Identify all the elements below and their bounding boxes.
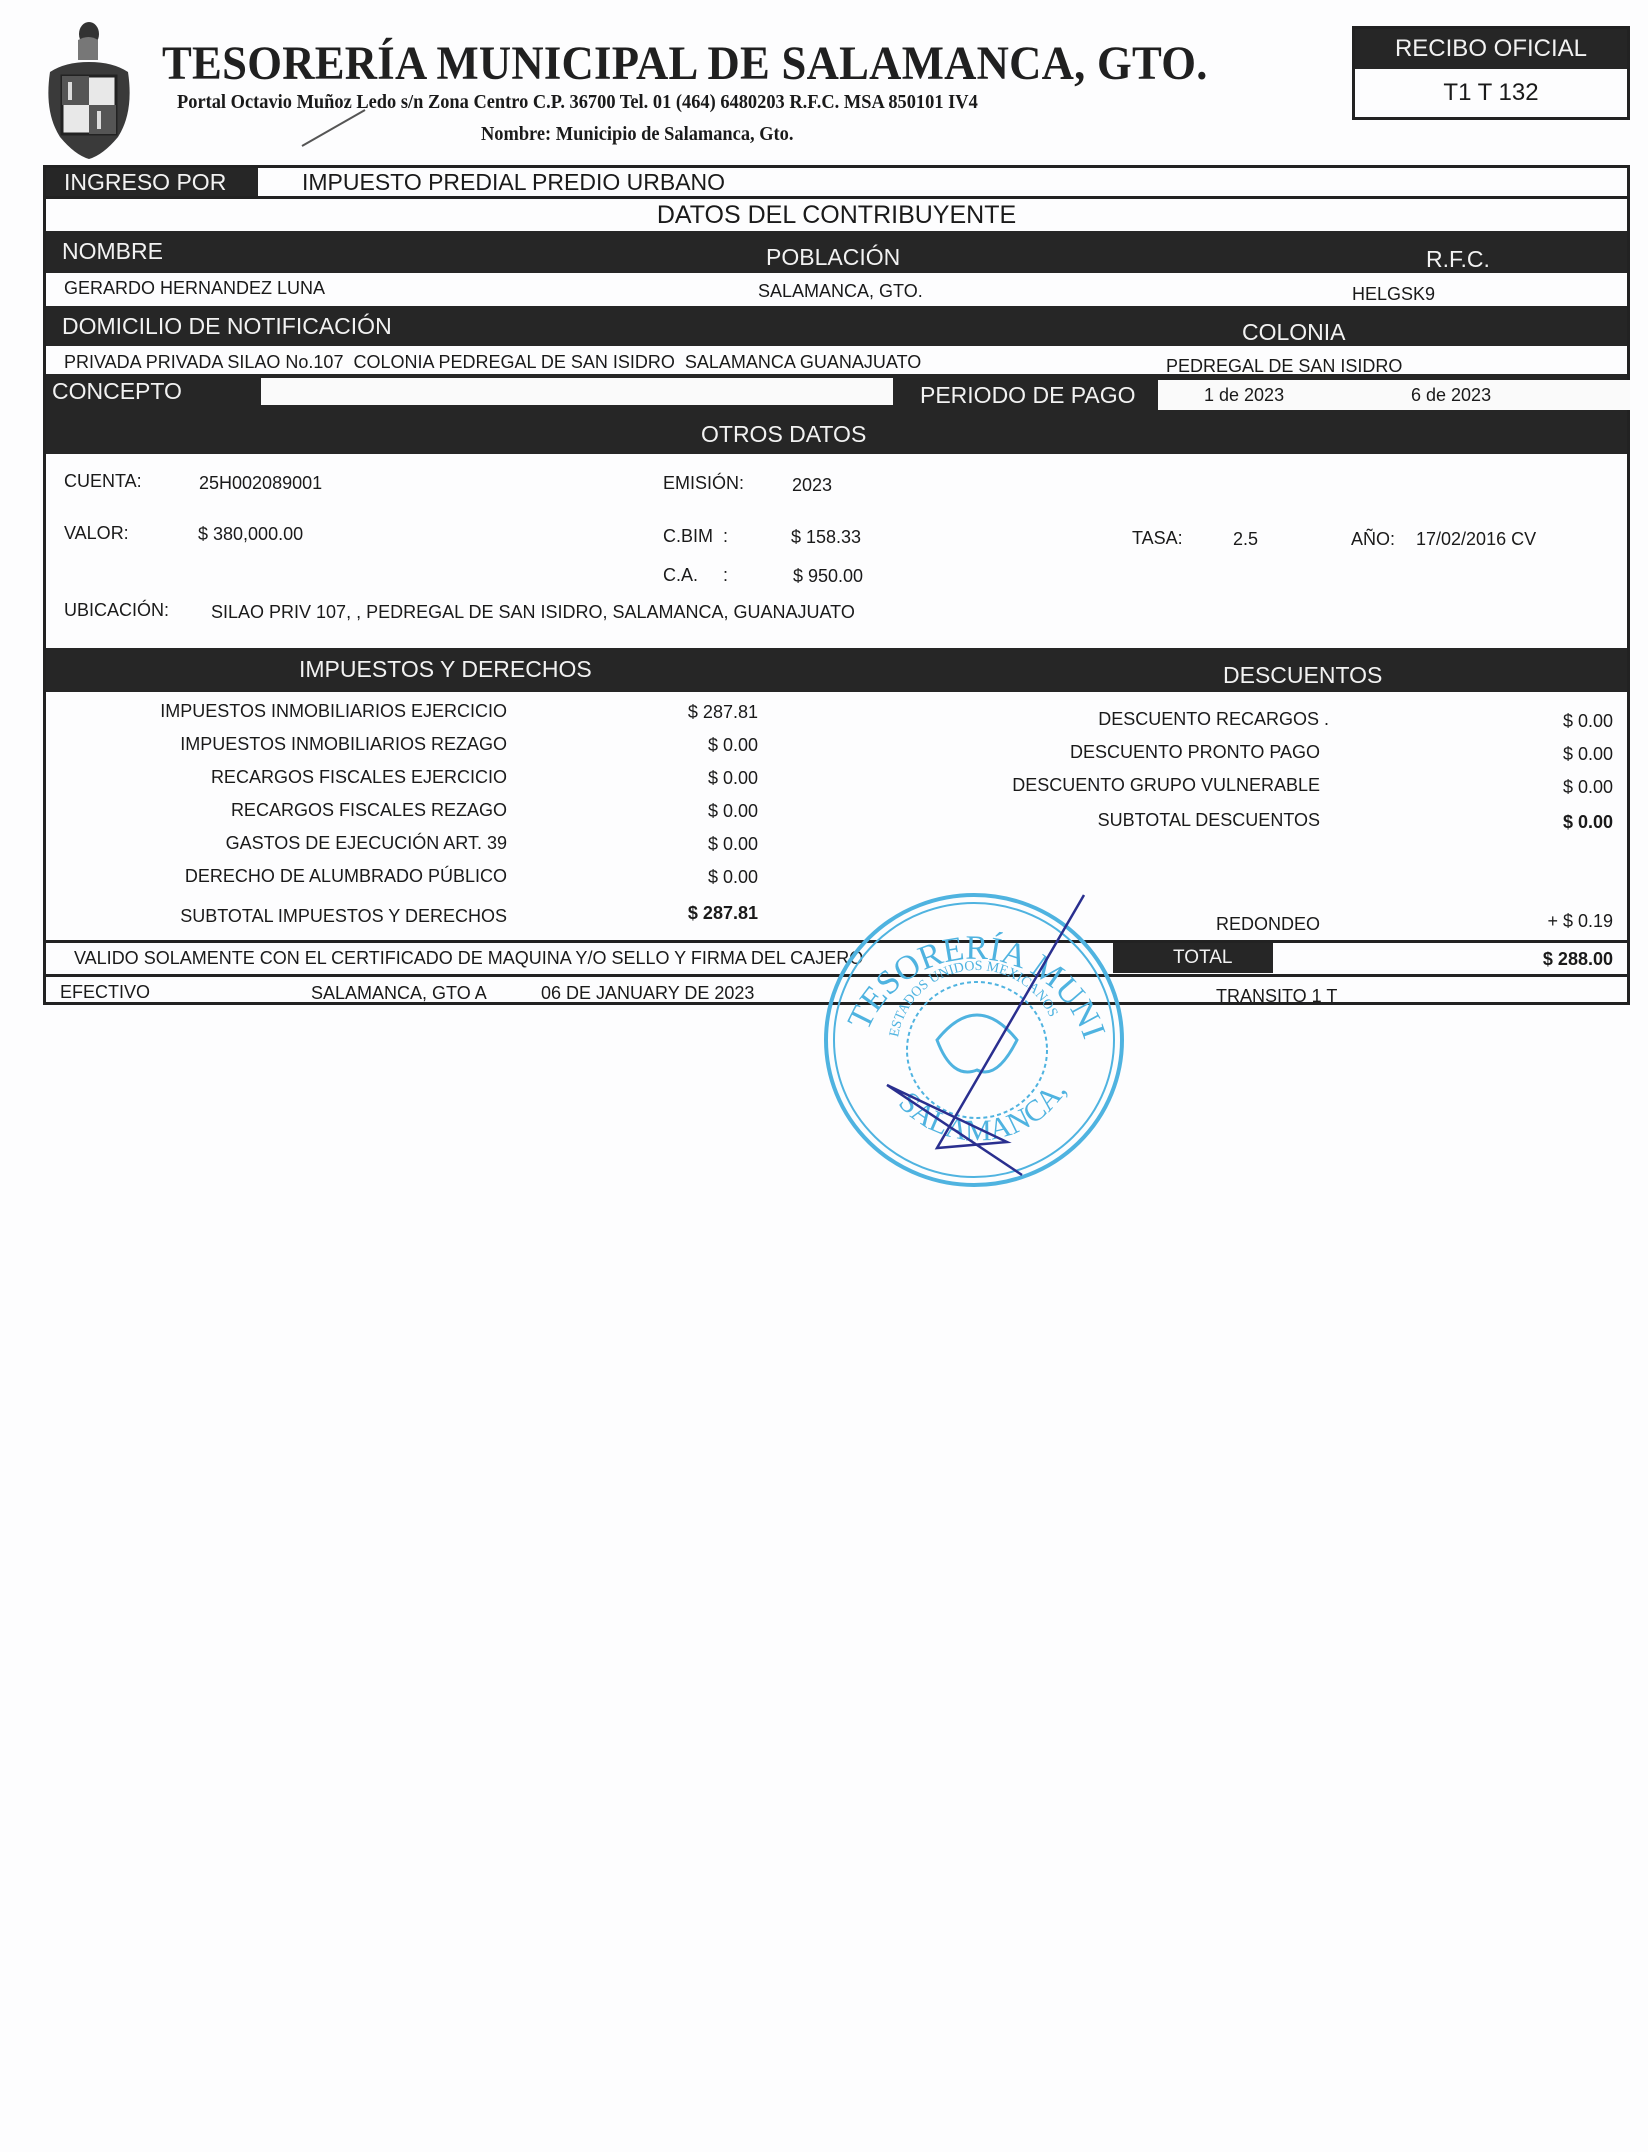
contribuyente-section-title: DATOS DEL CONTRIBUYENTE [46,199,1627,231]
payment-place: SALAMANCA, GTO A [311,983,487,1004]
redondeo-label: REDONDEO [1216,914,1320,935]
impuesto-amount: $ 0.00 [708,735,758,756]
receipt-label: RECIBO OFICIAL [1355,29,1627,69]
domicilio-label: DOMICILIO DE NOTIFICACIÓN [62,313,392,340]
ubicacion-value: SILAO PRIV 107, , PEDREGAL DE SAN ISIDRO… [211,602,855,623]
emision-value: 2023 [792,475,832,496]
total-value: $ 288.00 [1543,949,1613,970]
descuento-amount: $ 0.00 [1563,711,1613,732]
descuentos-section-title: DESCUENTOS [1223,662,1382,689]
anio-label: AÑO: [1351,529,1395,550]
descuento-label: DESCUENTO PRONTO PAGO [1070,742,1320,763]
impuesto-label: IMPUESTOS INMOBILIARIOS EJERCICIO [160,701,507,722]
redondeo-value: + $ 0.19 [1547,911,1613,932]
colonia-label: COLONIA [1242,319,1346,346]
contribuyente-poblacion: SALAMANCA, GTO. [758,281,923,302]
rfc-label: R.F.C. [1426,246,1490,273]
periodo-desde: 1 de 2023 [1204,385,1284,406]
emision-label: EMISIÓN: [663,473,744,494]
cbim-value: $ 158.33 [791,527,861,548]
concepto-label: CONCEPTO [52,378,182,405]
descuento-amount: $ 0.00 [1563,744,1613,765]
receipt-table: INGRESO POR IMPUESTO PREDIAL PREDIO URBA… [43,165,1630,1005]
payment-date: 06 DE JANUARY DE 2023 [541,983,754,1004]
descuento-amount: $ 0.00 [1563,777,1613,798]
ingreso-label: INGRESO POR [46,168,258,196]
descuento-label: DESCUENTO RECARGOS . [1098,709,1329,730]
ingreso-value: IMPUESTO PREDIAL PREDIO URBANO [302,168,725,196]
impuesto-label: RECARGOS FISCALES EJERCICIO [211,767,507,788]
descuentos-subtotal-label: SUBTOTAL DESCUENTOS [1098,810,1320,831]
valor-value: $ 380,000.00 [198,524,303,545]
impuesto-amount: $ 0.00 [708,801,758,822]
descuentos-subtotal: $ 0.00 [1563,812,1613,833]
periodo-hasta: 6 de 2023 [1411,385,1491,406]
receipt-number-box: RECIBO OFICIAL T1 T 132 [1352,26,1630,120]
validity-note: VALIDO SOLAMENTE CON EL CERTIFICADO DE M… [74,948,863,969]
payment-method: EFECTIVO [60,982,150,1003]
contribuyente-rfc: HELGSK9 [1352,284,1435,305]
otros-section-title: OTROS DATOS [701,421,866,448]
cashier: TRANSITO 1 T [1216,986,1337,1007]
tasa-label: TASA: [1132,528,1183,549]
ubicacion-label: UBICACIÓN: [64,600,169,621]
cuenta-label: CUENTA: [64,471,142,492]
treasury-address: Portal Octavio Muñoz Ledo s/n Zona Centr… [177,91,978,114]
pen-mark [300,108,370,148]
impuestos-subtotal-label: SUBTOTAL IMPUESTOS Y DERECHOS [180,906,507,927]
coat-of-arms-icon [44,12,134,160]
impuesto-amount: $ 0.00 [708,768,758,789]
valor-label: VALOR: [64,523,129,544]
ca-value: $ 950.00 [793,566,863,587]
concepto-field [261,378,893,405]
nombre-label: NOMBRE [62,238,163,265]
domicilio-value: PRIVADA PRIVADA SILAO No.107 COLONIA PED… [64,352,921,373]
impuesto-label: IMPUESTOS INMOBILIARIOS REZAGO [180,734,507,755]
impuestos-section-title: IMPUESTOS Y DERECHOS [299,656,592,683]
municipality-name: Nombre: Municipio de Salamanca, Gto. [481,123,793,146]
descuento-label: DESCUENTO GRUPO VULNERABLE [1012,775,1320,796]
contribuyente-nombre: GERARDO HERNANDEZ LUNA [64,278,325,299]
impuesto-amount: $ 0.00 [708,867,758,888]
impuesto-amount: $ 0.00 [708,834,758,855]
total-label: TOTAL [1113,943,1273,973]
poblacion-label: POBLACIÓN [766,244,900,271]
impuestos-subtotal: $ 287.81 [688,903,758,924]
page-title: TESORERÍA MUNICIPAL DE SALAMANCA, GTO. [162,36,1208,91]
cuenta-value: 25H002089001 [199,473,322,494]
tasa-value: 2.5 [1233,529,1258,550]
impuesto-amount: $ 287.81 [688,702,758,723]
impuesto-label: GASTOS DE EJECUCIÓN ART. 39 [226,833,507,854]
ca-label: C.A. : [663,565,728,586]
anio-value: 17/02/2016 CV [1416,529,1536,550]
receipt-number: T1 T 132 [1355,69,1627,117]
periodo-label: PERIODO DE PAGO [920,382,1136,409]
impuesto-label: RECARGOS FISCALES REZAGO [231,800,507,821]
cbim-label: C.BIM : [663,526,728,547]
impuesto-label: DERECHO DE ALUMBRADO PÚBLICO [185,866,507,887]
